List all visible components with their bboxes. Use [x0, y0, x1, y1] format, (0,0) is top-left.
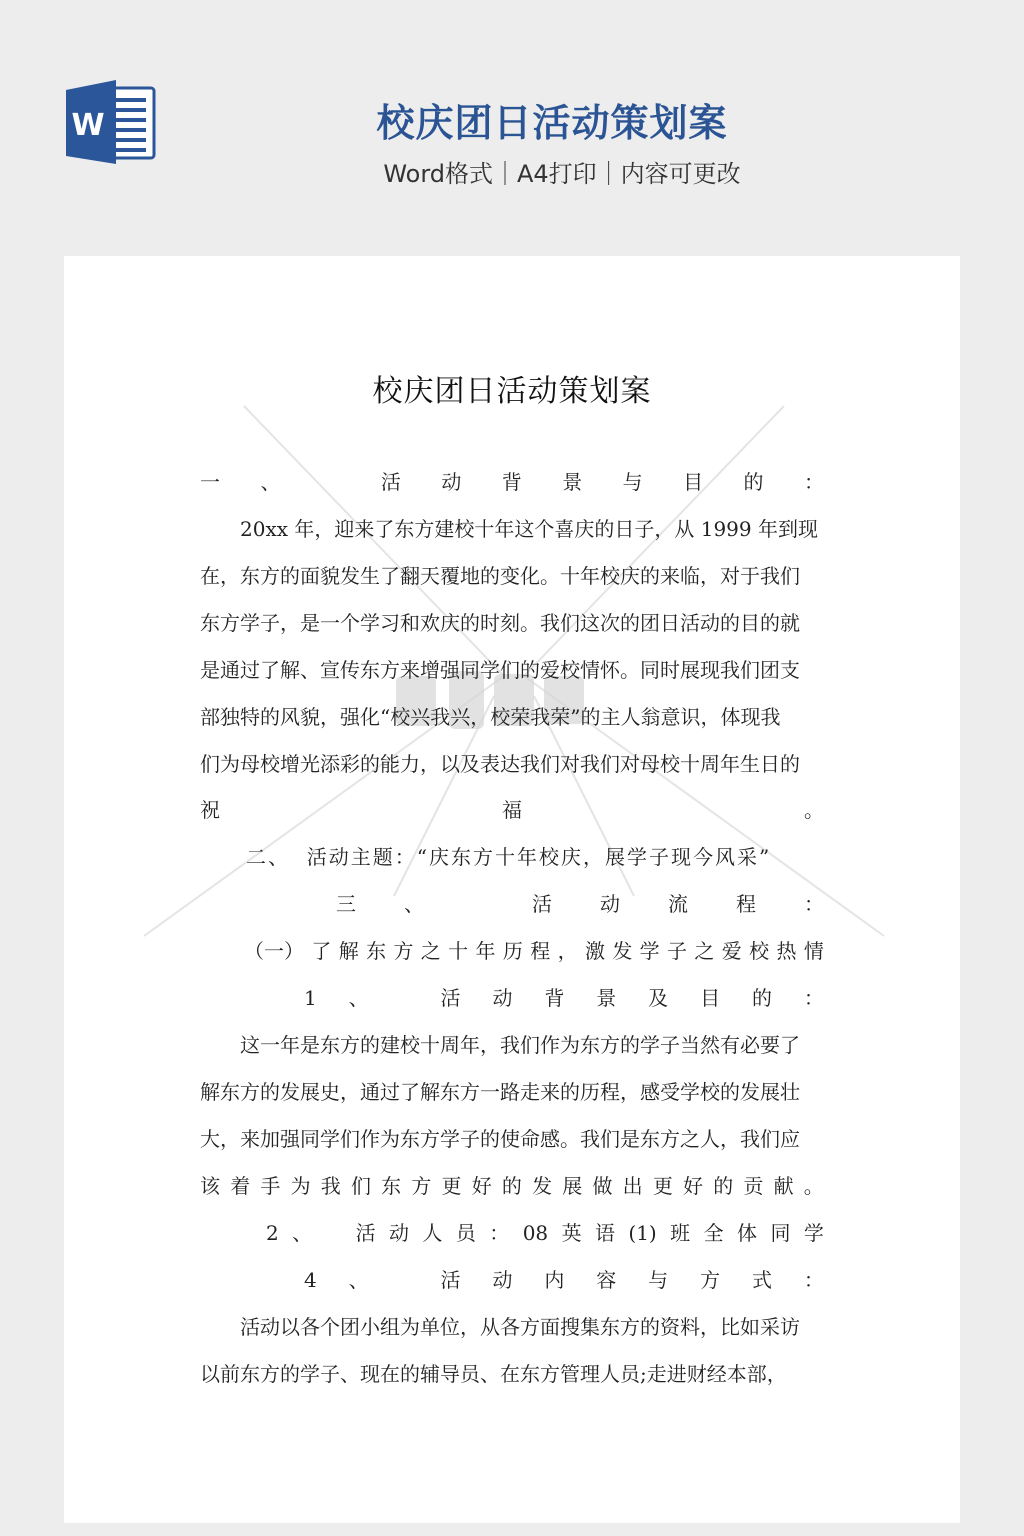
- item-heading-1: 1、 活动 背景 及目 的：: [304, 983, 824, 1013]
- paragraph-line: 该着 手为 我们 东方 更好 的发 展做 出更 好的 贡献 。: [200, 1171, 824, 1201]
- paragraph-line: 大，来加强同学们作为东方学子的使命感。我们是东方之人，我们应: [200, 1124, 824, 1154]
- header-banner: W 校庆团日活动策划案 Word格式｜A4打印｜内容可更改: [0, 0, 1024, 256]
- item-heading-4: 4、 活动 内容 与方 式：: [304, 1265, 824, 1295]
- paragraph-line: 以前东方的学子、现在的辅导员、在东方管理人员;走进财经本部，: [200, 1359, 824, 1389]
- document-page: 校庆团日活动策划案 一、 活动 背景 与目 的： 20xx 年，迎来了东方建校十…: [64, 256, 960, 1523]
- paragraph-line: 这一年是东方的建校十周年，我们作为东方的学子当然有必要了: [200, 1030, 824, 1060]
- document-title: 校庆团日活动策划案: [64, 366, 960, 410]
- section-heading-1: 一、 活动 背景 与目 的：: [200, 467, 824, 497]
- subsection-heading-1: （一）了 解东 方之 十年 历程 ，激 发学 子之 爱校 热情: [244, 936, 824, 966]
- paragraph-line: 解东方的发展史，通过了解东方一路走来的历程，感受学校的发展壮: [200, 1077, 824, 1107]
- paragraph-line: 活动以各个团小组为单位，从各方面搜集东方的资料，比如采访: [200, 1312, 824, 1342]
- paragraph-line: 东方学子，是一个学习和欢庆的时刻。我们这次的团日活动的目的就: [200, 608, 824, 638]
- banner-title: 校庆团日活动策划案: [80, 92, 1024, 147]
- paragraph-line: 部独特的风貌，强化“校兴我兴，校荣我荣”的主人翁意识，体现我: [200, 702, 824, 732]
- paragraph-line: 20xx 年，迎来了东方建校十年这个喜庆的日子，从 1999 年到现: [200, 514, 824, 544]
- paragraph-line: 是通过了解、宣传东方来增强同学们的爱校情怀。同时展现我们团支: [200, 655, 824, 685]
- paragraph-line: 在，东方的面貌发生了翻天覆地的变化。十年校庆的来临，对于我们: [200, 561, 824, 591]
- paragraph-line: 祝 福 。: [200, 795, 824, 825]
- banner-subtitle: Word格式｜A4打印｜内容可更改: [100, 154, 1024, 189]
- section-heading-3: 三、 活动 流程 ：: [336, 889, 824, 919]
- item-heading-2: 2、 活动 人员 ：08 英语 (1)班 全体 同学: [266, 1218, 824, 1248]
- section-heading-2: 二、 活动主题：“庆东方十年校庆，展学子现今风采”: [246, 842, 824, 872]
- paragraph-line: 们为母校增光添彩的能力，以及表达我们对我们对母校十周年生日的: [200, 749, 824, 779]
